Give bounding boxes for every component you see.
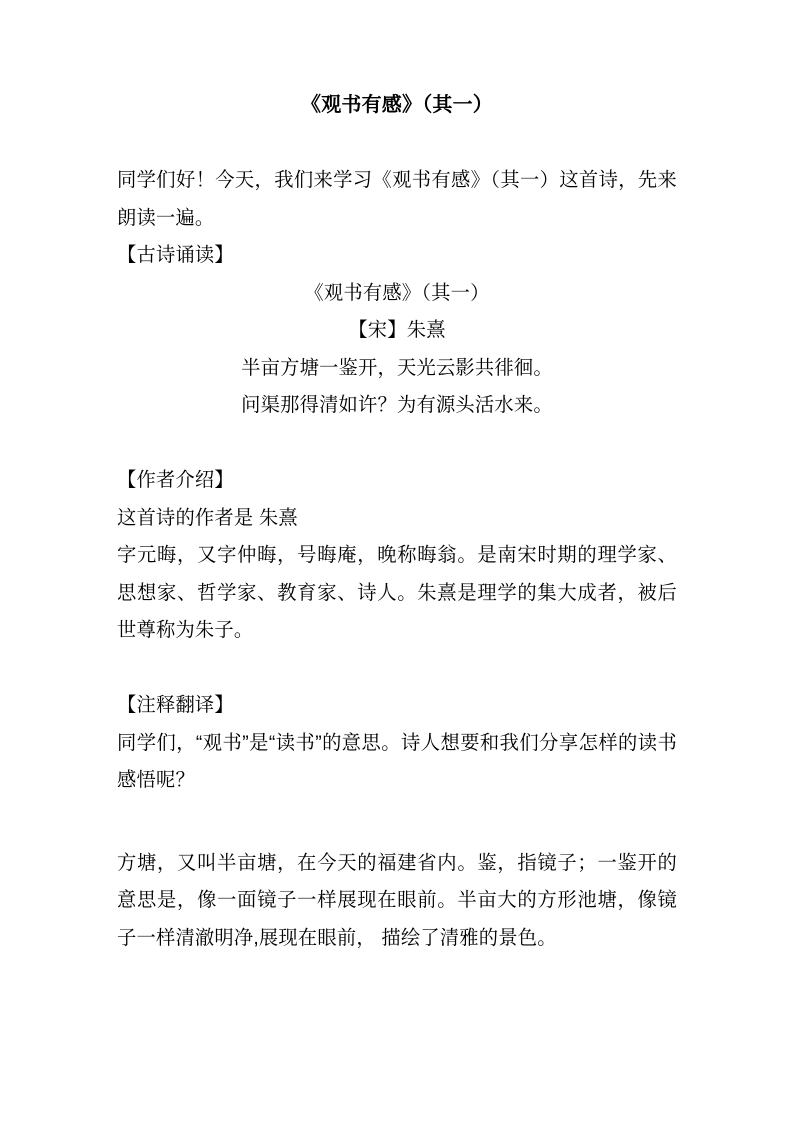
document-title: 《观书有感》（其一） (117, 87, 677, 125)
section-heading-author: 【作者介绍】 (117, 462, 677, 500)
document-content: 《观书有感》（其一） 同学们好！今天，我们来学习《观书有感》（其一）这首诗，先来… (0, 0, 793, 957)
poem-block: 《观书有感》（其一） 【宋】朱熹 半亩方塘一鉴开，天光云影共徘徊。 问渠那得清如… (117, 275, 677, 425)
poem-author: 【宋】朱熹 (117, 312, 677, 350)
intro-paragraph: 同学们好！今天，我们来学习《观书有感》（其一）这首诗，先来朗读一遍。 (117, 162, 677, 237)
notes-intro-paragraph: 同学们，“观书”是“读书”的意思。诗人想要和我们分享怎样的读书感悟呢？ (117, 725, 677, 800)
author-lead-paragraph: 这首诗的作者是 朱熹 (117, 500, 677, 538)
section-heading-recitation: 【古诗诵读】 (117, 237, 677, 275)
poem-verse-2: 问渠那得清如许？为有源头活水来。 (117, 387, 677, 425)
section-heading-notes: 【注释翻译】 (117, 687, 677, 725)
author-body-paragraph: 字元晦，又字仲晦，号晦庵，晚称晦翁。是南宋时期的理学家、思想家、哲学家、教育家、… (117, 537, 677, 650)
poem-title: 《观书有感》（其一） (117, 275, 677, 313)
notes-detail-paragraph: 方塘，又叫半亩塘，在今天的福建省内。鉴，指镜子；一鉴开的意思是，像一面镜子一样展… (117, 845, 677, 958)
poem-verse-1: 半亩方塘一鉴开，天光云影共徘徊。 (117, 350, 677, 388)
document-page: 《观书有感》（其一） 同学们好！今天，我们来学习《观书有感》（其一）这首诗，先来… (0, 0, 793, 1123)
